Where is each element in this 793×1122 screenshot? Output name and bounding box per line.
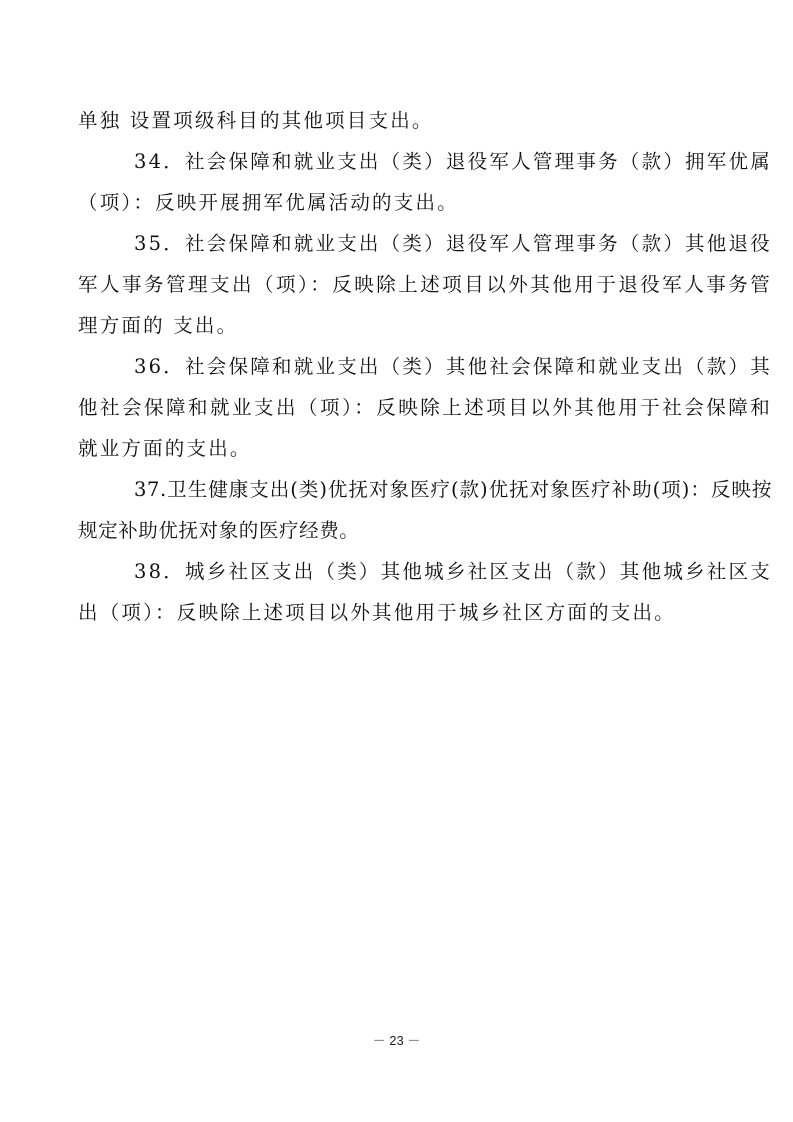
paragraph-item-37: 37.卫生健康支出(类)优抚对象医疗(款)优抚对象医疗补助(项)：反映按规定补助… [78,469,772,551]
paragraph-continuation: 单独 设置项级科目的其他项目支出。 [78,100,772,141]
paragraph-item-38: 38．城乡社区支出（类）其他城乡社区支出（款）其他城乡社区支出（项）：反映除上述… [78,551,772,633]
document-body: 单独 设置项级科目的其他项目支出。 34．社会保障和就业支出（类）退役军人管理事… [78,100,772,633]
paragraph-item-35: 35．社会保障和就业支出（类）退役军人管理事务（款）其他退役军人事务管理支出（项… [78,223,772,346]
paragraph-item-36: 36．社会保障和就业支出（类）其他社会保障和就业支出（款）其他社会保障和就业支出… [78,346,772,469]
page-number: － 23 － [0,1030,793,1049]
paragraph-item-34: 34．社会保障和就业支出（类）退役军人管理事务（款）拥军优属（项）：反映开展拥军… [78,141,772,223]
